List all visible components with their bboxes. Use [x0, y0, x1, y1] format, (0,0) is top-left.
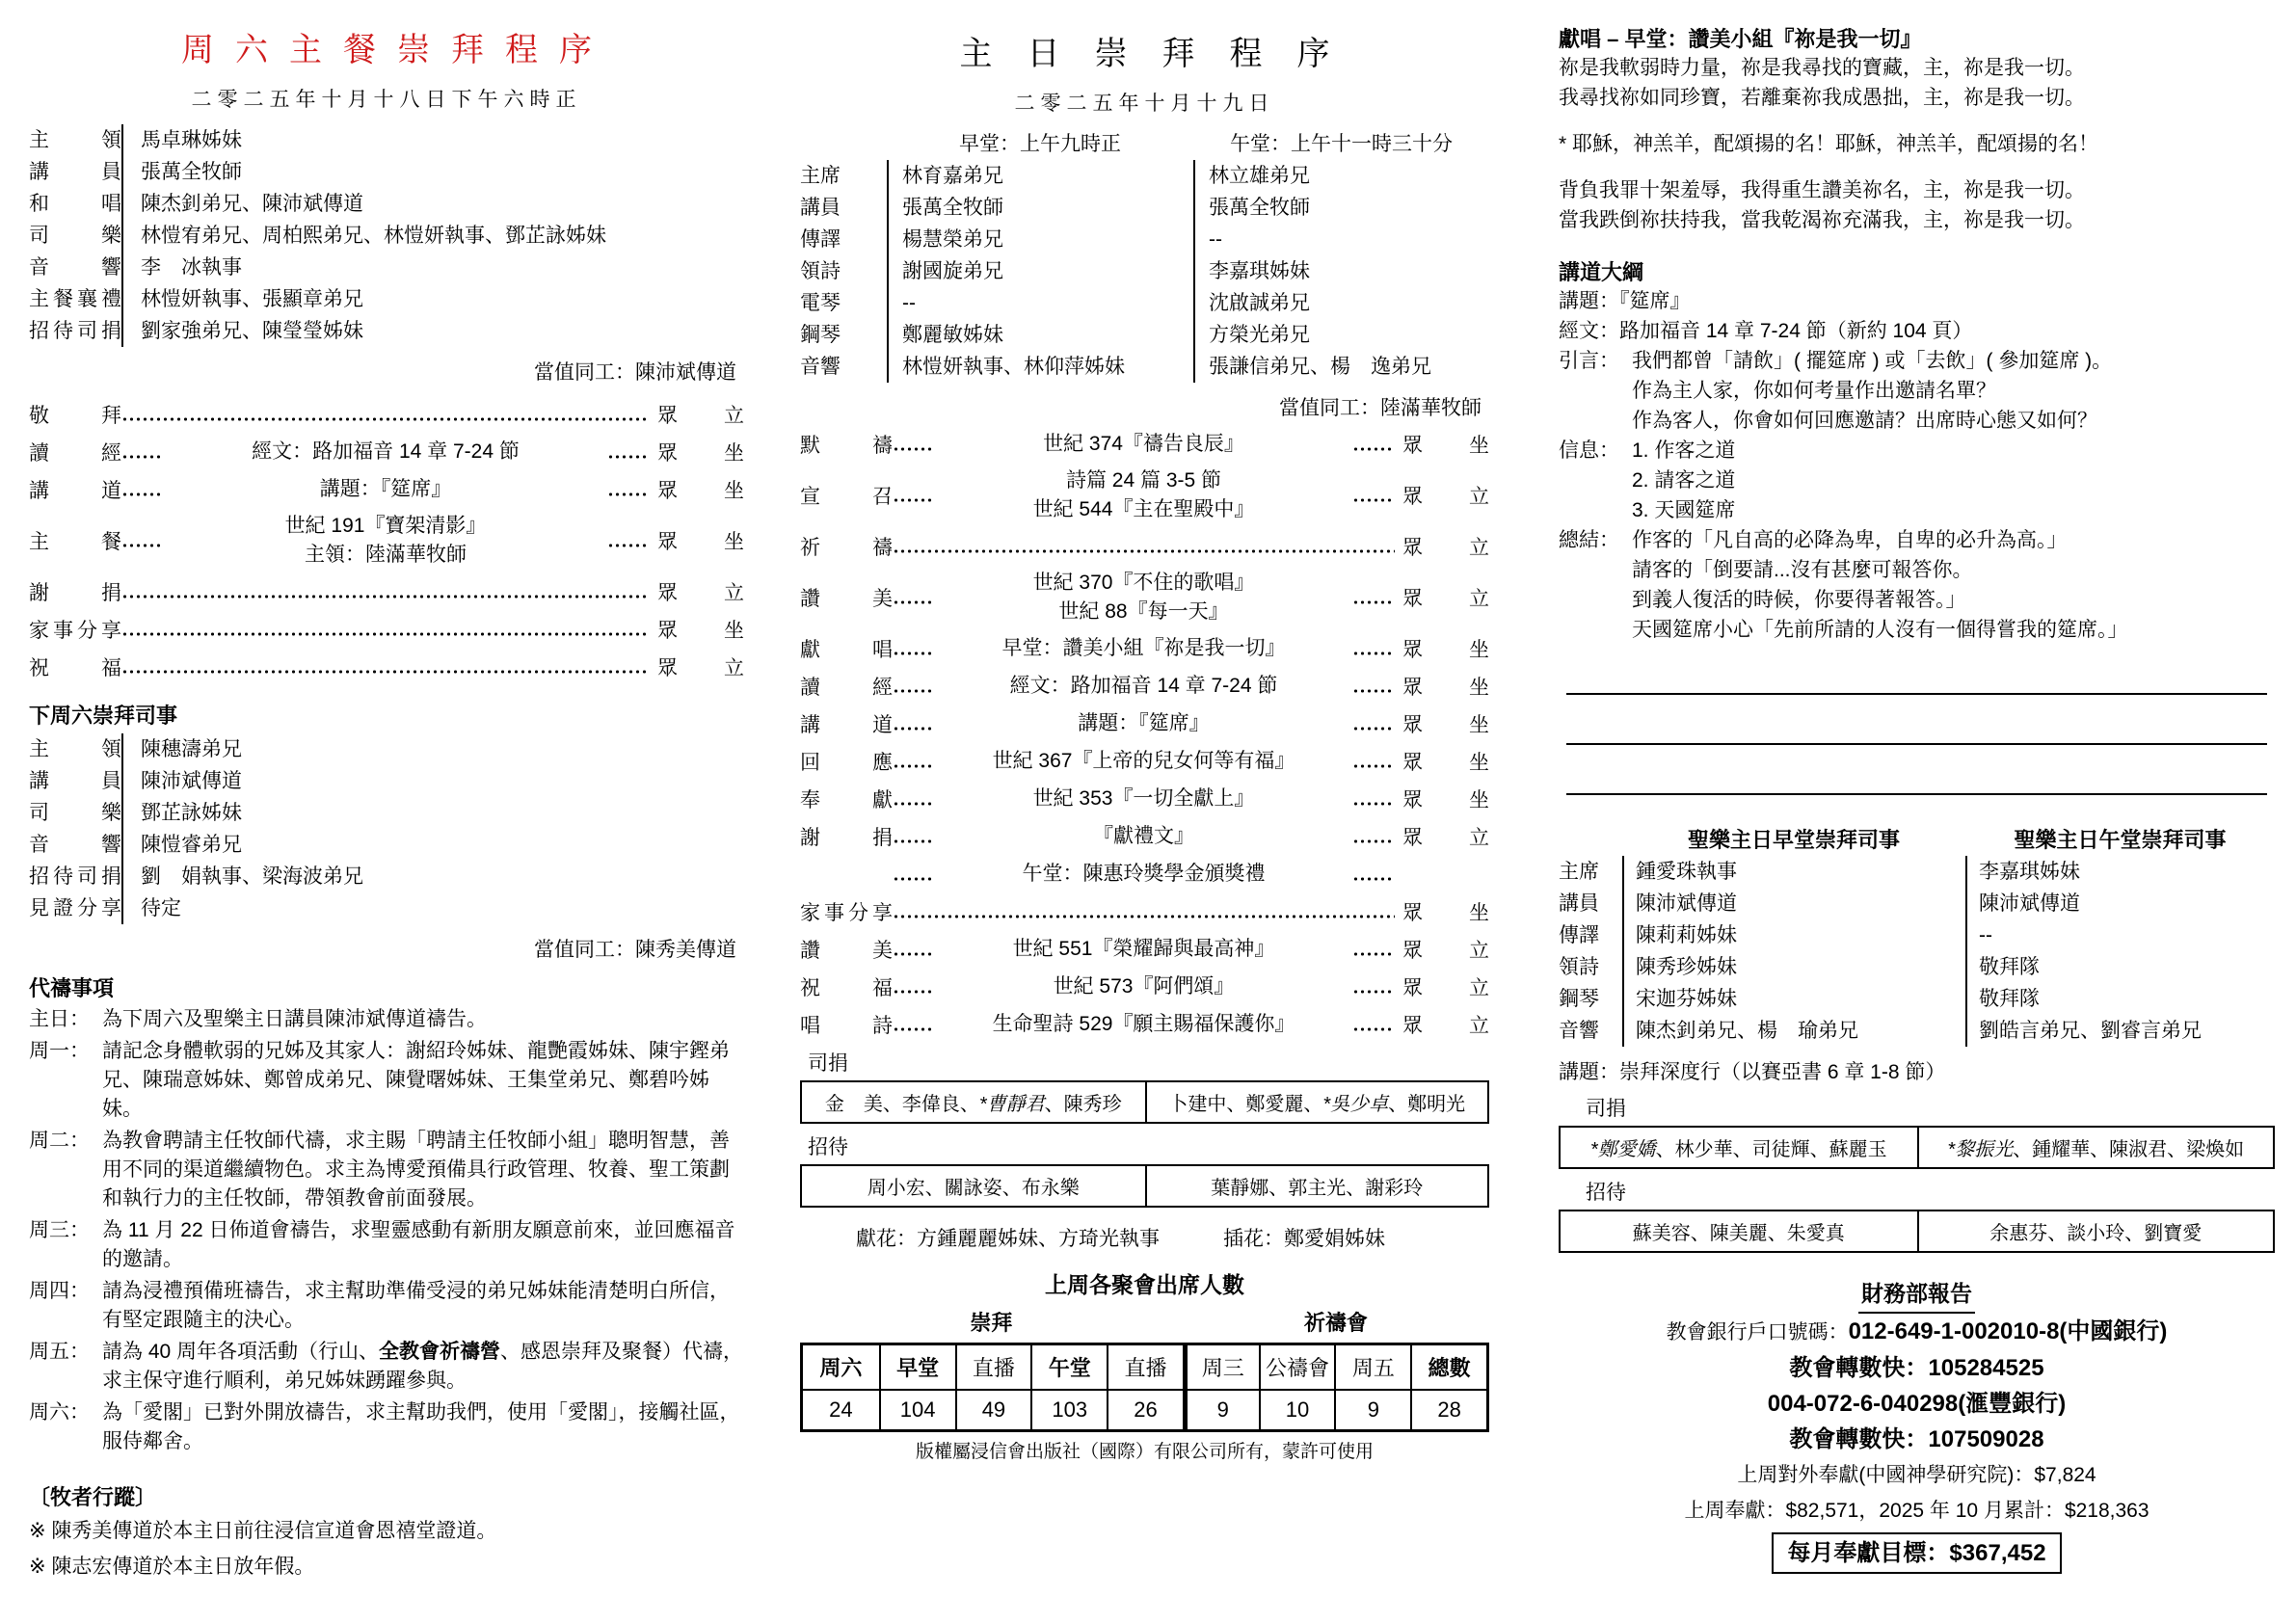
order-row: 宣召 詩篇 24 篇 3-5 節世紀 544『主在聖殿中』 眾立 — [800, 466, 1489, 524]
note-line — [1566, 743, 2267, 745]
order-row: 讚美 世紀 370『不住的歌唱』世紀 88『每一天』 眾立 — [800, 569, 1489, 626]
dotted-leader — [893, 686, 935, 696]
dotted-leader — [121, 490, 164, 499]
roster-label: 司樂 — [29, 797, 121, 829]
order-row: 祝福 眾立 — [29, 652, 744, 682]
attendance-title: 上周各聚會出席人數 — [800, 1267, 1489, 1299]
roster-row: 見證分享待定 — [29, 892, 744, 924]
attendance-header: 周三 — [1183, 1345, 1259, 1389]
roster-label: 主餐襄禮 — [29, 283, 121, 315]
prayer-items: 主日：為下周六及聖樂主日講員陳沛斌傳道禱告。 周一：請記念身體軟弱的兄姊及其家人… — [29, 1005, 744, 1456]
lyric-line: 我尋找祢如同珍寶，若離棄祢我成愚拙，主，祢是我一切。 — [1559, 83, 2275, 113]
sermon-message: 信息： 1. 作客之道 2. 請客之道 3. 天國筵席 — [1559, 436, 2275, 525]
dotted-leader — [893, 912, 1395, 921]
dotted-leader — [1352, 1024, 1395, 1034]
dotted-leader — [893, 444, 935, 454]
dotted-leader — [1352, 495, 1395, 505]
dotted-leader — [893, 949, 935, 959]
attendance-value: 9 — [1334, 1389, 1410, 1429]
attendance-value: 24 — [803, 1389, 879, 1429]
right-column: 獻唱 – 早堂：讚美小組『祢是我一切』 祢是我軟弱時力量，祢是我尋找的寶藏，主，… — [1559, 23, 2275, 1583]
order-row: 午堂：陳惠玲獎學金頒獎禮 — [800, 859, 1489, 890]
attendance-value: 26 — [1107, 1389, 1183, 1429]
roster-row: 主領馬卓琳姊妹 — [29, 124, 744, 156]
dotted-leader — [893, 546, 1395, 556]
order-row: 默禱 世紀 374『禱告良辰』 眾坐 — [800, 429, 1489, 460]
finance-line: 教會轉數快：105284525 — [1559, 1350, 2275, 1386]
posture: 眾坐 — [657, 475, 744, 504]
roster-value: 劉 娟執事、梁海波弟兄 — [121, 861, 744, 892]
roster-row: 鋼琴鄭麗敏姊妹方榮光弟兄 — [800, 319, 1489, 351]
table-cell: 卜建中、鄭愛麗、*吳少卓、鄭明光 — [1145, 1082, 1488, 1122]
dotted-leader — [1352, 837, 1395, 846]
saturday-order-of-service: 敬拜 眾立 讀經 經文：路加福音 14 章 7-24 節 眾坐 講道 講題：『筵… — [29, 399, 744, 682]
ushers-table: 周小宏、關詠姿、布永樂 葉靜娜、郭主光、謝彩玲 — [800, 1164, 1489, 1208]
order-label: 敬拜 — [29, 400, 121, 429]
roster-row: 主餐襄禮林愷妍執事、張顯章弟兄 — [29, 283, 744, 315]
roster-row: 傳譯陳莉莉姊妹-- — [1559, 919, 2275, 951]
next-saturday-roster: 主領陳穗濤弟兄 講員陳沛斌傳道 司樂鄧芷詠姊妹 音響陳愷睿弟兄 招待司捐劉 娟執… — [29, 733, 744, 924]
table-cell: 蘇美容、陳美麗、朱愛真 — [1561, 1211, 1917, 1251]
attendance-value: 9 — [1183, 1389, 1259, 1429]
roster-row: 招待司捐劉家強弟兄、陳瑩瑩姊妹 — [29, 315, 744, 347]
order-row: 敬拜 眾立 — [29, 399, 744, 430]
roster-row: 主領陳穗濤弟兄 — [29, 733, 744, 765]
finance-line: 教會轉數快：107509028 — [1559, 1422, 2275, 1457]
group-prayer: 祈禱會 — [1183, 1307, 1489, 1337]
order-row: 祝福 世紀 573『阿們頌』 眾立 — [800, 971, 1489, 1002]
early-session-header: 聖樂主日早堂崇拜司事 — [1622, 824, 1965, 856]
posture: 眾坐 — [657, 615, 744, 644]
order-row: 家事分享 眾坐 — [29, 614, 744, 645]
finance-line: 上周奉獻：$82,571，2025 年 10 月累計：$218,363 — [1559, 1493, 2275, 1529]
roster-value: 馬卓琳姊妹 — [121, 124, 744, 156]
dotted-leader — [1352, 799, 1395, 809]
dotted-leader — [121, 541, 164, 550]
saturday-date: 二零二五年十月十八日下午六時正 — [29, 84, 744, 113]
roster-value: 張萬全牧師 — [121, 156, 744, 188]
order-label: 謝捐 — [29, 577, 121, 606]
pastor-line: ※ 陳秀美傳道於本主日前往浸信宣道會恩禧堂證道。 — [29, 1515, 744, 1547]
roster-row: 招待司捐劉 娟執事、梁海波弟兄 — [29, 861, 744, 892]
order-content: 世紀 191『寶架清影』主領：陸滿華牧師 — [164, 512, 607, 570]
ushers-label: 招待 — [808, 1131, 1489, 1160]
roster-row: 講員陳沛斌傳道 — [29, 765, 744, 797]
roster-label: 和唱 — [29, 188, 121, 220]
sacred-music-headers: 聖樂主日早堂崇拜司事 聖樂主日午堂崇拜司事 — [1559, 824, 2275, 856]
order-row: 祈禱 眾立 — [800, 531, 1489, 562]
sacred-music-topic: 講題：崇拜深度行（以賽亞書 6 章 1-8 節） — [1559, 1056, 2275, 1085]
roster-row: 音響李 冰執事 — [29, 252, 744, 283]
table-cell: 葉靜娜、郭主光、謝彩玲 — [1145, 1166, 1488, 1206]
anthem-title: 獻唱 – 早堂：讚美小組『祢是我一切』 — [1559, 23, 2275, 53]
table-cell: 周小宏、關詠姿、布永樂 — [802, 1166, 1145, 1206]
pastors-whereabouts-header: 〔牧者行蹤〕 — [29, 1481, 744, 1511]
note-line — [1566, 793, 2267, 795]
order-row: 謝捐 眾立 — [29, 576, 744, 607]
sacred-music-roster: 主席鍾愛珠執事李嘉琪姊妹 講員陳沛斌傳道陳沛斌傳道 傳譯陳莉莉姊妹-- 領詩陳秀… — [1559, 856, 2275, 1047]
finance-line: 004-072-6-040298(滙豐銀行) — [1559, 1386, 2275, 1422]
dotted-leader — [893, 649, 935, 658]
prayer-items-header: 代禱事項 — [29, 972, 744, 1002]
roster-value: 鄧芷詠姊妹 — [121, 797, 744, 829]
pastors-whereabouts: ※ 陳秀美傳道於本主日前往浸信宣道會恩禧堂證道。 ※ 陳志宏傳道於本主日放年假。 — [29, 1515, 744, 1583]
order-row: 講道 講題：『筵席』 眾坐 — [800, 708, 1489, 739]
attendance-header: 早堂 — [879, 1345, 955, 1389]
roster-label: 講員 — [29, 765, 121, 797]
roster-row: 音響陳杰釗弟兄、楊 瑜弟兄劉皓言弟兄、劉睿言弟兄 — [1559, 1015, 2275, 1047]
dotted-leader — [1352, 444, 1395, 454]
prayer-item: 主日：為下周六及聖樂主日講員陳沛斌傳道禱告。 — [29, 1005, 744, 1034]
roster-value: 劉家強弟兄、陳瑩瑩姊妹 — [121, 315, 744, 347]
prayer-item: 周一：請記念身體軟弱的兄姊及其家人：謝紹玲姊妹、龍艷霞姊妹、陳宇鏗弟兄、陳瑞意姊… — [29, 1037, 744, 1124]
order-row: 讀經 經文：路加福音 14 章 7-24 節 眾坐 — [800, 671, 1489, 702]
posture: 眾立 — [657, 652, 744, 681]
roster-label: 音響 — [29, 829, 121, 861]
attendance-value: 104 — [879, 1389, 955, 1429]
sermon-topic: 講題：『筵席』 — [1559, 286, 2275, 316]
sunday-order-of-service: 默禱 世紀 374『禱告良辰』 眾坐 宣召 詩篇 24 篇 3-5 節世紀 54… — [800, 429, 1489, 1040]
sermon-outline-header: 講道大綱 — [1559, 256, 2275, 286]
roster-value: 陳杰釗弟兄、陳沛斌傳道 — [121, 188, 744, 220]
dotted-leader — [893, 799, 935, 809]
dotted-leader — [121, 592, 650, 601]
finance-title: 財務部報告 — [1858, 1276, 1975, 1314]
dotted-leader — [1352, 874, 1395, 884]
monthly-goal-box: 每月奉獻目標：$367,452 — [1772, 1532, 2061, 1574]
dotted-leader — [121, 667, 650, 677]
prayer-item: 周三：為 11 月 22 日佈道會禱告，求聖靈感動有新朋友願意前來，並回應福音的… — [29, 1216, 744, 1274]
saturday-service-column: 周六主餐崇拜程序 二零二五年十月十八日下午六時正 主領馬卓琳姊妹 講員張萬全牧師… — [29, 23, 744, 1583]
flower-arrangement: 插花：鄭愛娟姊妹 — [1223, 1223, 1385, 1252]
order-row: 獻唱 早堂：讚美小組『祢是我一切』 眾坐 — [800, 633, 1489, 664]
prayer-item: 周四：請為浸禮預備班禱告，求主幫助準備受浸的弟兄姊妹能清楚明白所信，有堅定跟隨主… — [29, 1277, 744, 1335]
dotted-leader — [1352, 686, 1395, 696]
attendance-table: 周六 早堂 直播 午堂 直播 周三 公禱會 周五 總數 24 104 49 10… — [800, 1343, 1489, 1432]
attendance-value: 103 — [1030, 1389, 1107, 1429]
order-row: 講道 講題：『筵席』 眾坐 — [29, 474, 744, 505]
copyright-line: 版權屬浸信會出版社（國際）有限公司所有，蒙許可使用 — [800, 1437, 1489, 1463]
dotted-leader — [893, 837, 935, 846]
dotted-leader — [893, 495, 935, 505]
dotted-leader — [893, 874, 935, 884]
flower-offering: 獻花：方鍾麗麗姊妹、方琦光執事 — [856, 1223, 1160, 1252]
roster-label: 主領 — [29, 733, 121, 765]
prayer-item: 周五：請為 40 周年各項活動（行山、全教會祈禱營、感恩崇拜及聚餐）代禱，求主保… — [29, 1338, 744, 1396]
roster-value: 林愷宥弟兄、周柏熙弟兄、林愷妍執事、鄧芷詠姊妹 — [121, 220, 744, 252]
order-row: 主餐 世紀 191『寶架清影』主領：陸滿華牧師 眾坐 — [29, 512, 744, 570]
roster-label: 見證分享 — [29, 892, 121, 924]
roster-row: 電琴--沈啟誠弟兄 — [800, 287, 1489, 319]
attendance-value: 28 — [1410, 1389, 1486, 1429]
dotted-leader — [121, 629, 650, 639]
duty-worker: 當值同工：陸滿華牧師 — [800, 392, 1482, 421]
roster-row: 司樂鄧芷詠姊妹 — [29, 797, 744, 829]
table-cell: 金 美、李偉良、*曹靜君、陳秀珍 — [802, 1082, 1145, 1122]
dotted-leader — [893, 724, 935, 733]
sermon-intro: 引言： 我們都曾「請飲」( 擺筵席 ) 或「去飲」( 參加筵席 )。 作為主人家… — [1559, 346, 2275, 436]
lyric-line: 背負我罪十架羞辱，我得重生讚美祢名，主，祢是我一切。 — [1559, 175, 2275, 205]
posture: 眾立 — [657, 400, 744, 429]
roster-row: 講員陳沛斌傳道陳沛斌傳道 — [1559, 888, 2275, 919]
sunday-date: 二零二五年十月十九日 — [800, 88, 1489, 117]
finance-report: 財務部報告 教會銀行戶口號碼：012-649-1-002010-8(中國銀行) … — [1559, 1276, 2275, 1574]
roster-value: 林愷妍執事、張顯章弟兄 — [121, 283, 744, 315]
offering-stewards-label: 司捐 — [808, 1048, 1489, 1077]
lyric-line: 當我跌倒祢扶持我，當我乾渴祢充滿我，主，祢是我一切。 — [1559, 205, 2275, 235]
sunday-service-column: 主日崇拜程序 二零二五年十月十九日 早堂：上午九時正 午堂：上午十一時三十分 主… — [800, 23, 1489, 1583]
dotted-leader — [893, 761, 935, 771]
duty-worker: 當值同工：陳沛斌傳道 — [29, 357, 736, 386]
roster-value: 陳穗濤弟兄 — [121, 733, 744, 765]
sermon-scripture: 經文：路加福音 14 章 7-24 節（新約 104 頁） — [1559, 316, 2275, 346]
bulletin-page: 周六主餐崇拜程序 二零二五年十月十八日下午六時正 主領馬卓琳姊妹 講員張萬全牧師… — [0, 0, 2296, 1583]
attendance-header: 直播 — [955, 1345, 1031, 1389]
roster-value: 陳愷睿弟兄 — [121, 829, 744, 861]
sunday-title: 主日崇拜程序 — [800, 27, 1524, 74]
roster-row: 音響林愷妍執事、林仰萍姊妹張謙信弟兄、楊 逸弟兄 — [800, 351, 1489, 383]
attendance-groups: 崇拜 祈禱會 — [800, 1307, 1489, 1337]
sunday-roster: 主席林育嘉弟兄林立雄弟兄 講員張萬全牧師張萬全牧師 傳譯楊慧榮弟兄-- 領詩謝國… — [800, 160, 1489, 383]
dotted-leader — [607, 452, 650, 462]
roster-label: 司樂 — [29, 220, 121, 252]
order-row: 唱詩 生命聖詩 529『願主賜福保護你』 眾立 — [800, 1009, 1489, 1040]
roster-value: 陳沛斌傳道 — [121, 765, 744, 797]
order-label: 祝福 — [29, 652, 121, 681]
dotted-leader — [893, 1024, 935, 1034]
roster-row: 主席鍾愛珠執事李嘉琪姊妹 — [1559, 856, 2275, 888]
noon-session-header: 聖樂主日午堂崇拜司事 — [1965, 824, 2275, 856]
roster-row: 領詩謝國旋弟兄李嘉琪姊妹 — [800, 255, 1489, 287]
early-session-time: 早堂：上午九時正 — [887, 128, 1193, 160]
dotted-leader — [893, 987, 935, 997]
attendance-header: 周五 — [1334, 1345, 1410, 1389]
dotted-leader — [1352, 761, 1395, 771]
order-label: 讀經 — [29, 438, 121, 466]
order-row: 家事分享 眾坐 — [800, 896, 1489, 927]
prayer-item: 周六：為「愛閣」已對外開放禱告，求主幫助我們，使用「愛閣」，接觸社區，服侍鄰舍。 — [29, 1398, 744, 1456]
noon-session-time: 午堂：上午十一時三十分 — [1193, 128, 1489, 160]
order-row: 讀經 經文：路加福音 14 章 7-24 節 眾坐 — [29, 437, 744, 467]
dotted-leader — [121, 452, 164, 462]
saturday-title: 周六主餐崇拜程序 — [29, 23, 765, 70]
lyric-line: 祢是我軟弱時力量，祢是我尋找的寶藏，主，祢是我一切。 — [1559, 53, 2275, 83]
dotted-leader — [1352, 649, 1395, 658]
roster-row: 講員張萬全牧師 — [29, 156, 744, 188]
order-content: 經文：路加福音 14 章 7-24 節 — [164, 438, 607, 466]
note-line — [1566, 693, 2267, 695]
saturday-roster: 主領馬卓琳姊妹 講員張萬全牧師 和唱陳杰釗弟兄、陳沛斌傳道 司樂林愷宥弟兄、周柏… — [29, 124, 744, 347]
roster-row: 主席林育嘉弟兄林立雄弟兄 — [800, 160, 1489, 192]
attendance-header: 總數 — [1410, 1345, 1486, 1389]
dotted-leader — [1352, 724, 1395, 733]
finance-line: 上周對外奉獻(中國神學研究院)：$7,824 — [1559, 1457, 2275, 1493]
duty-worker: 當值同工：陳秀美傳道 — [29, 934, 736, 963]
roster-row: 司樂林愷宥弟兄、周柏熙弟兄、林愷妍執事、鄧芷詠姊妹 — [29, 220, 744, 252]
prayer-item: 周二：為教會聘請主任牧師代禱，求主賜「聘請主任牧師小組」聰明智慧，善用不同的渠道… — [29, 1127, 744, 1213]
dotted-leader — [607, 541, 650, 550]
dotted-leader — [1352, 598, 1395, 607]
ushers-table: 蘇美容、陳美麗、朱愛真 余惠芬、談小玲、劉寶愛 — [1559, 1210, 2275, 1253]
next-saturday-header: 下周六崇拜司事 — [29, 700, 744, 730]
roster-label: 講員 — [29, 156, 121, 188]
dotted-leader — [121, 414, 650, 424]
group-worship: 崇拜 — [800, 1307, 1183, 1337]
order-content: 講題：『筵席』 — [164, 475, 607, 504]
ushers-label: 招待 — [1586, 1177, 2275, 1206]
dotted-leader — [893, 598, 935, 607]
posture: 眾立 — [657, 577, 744, 606]
order-label: 主餐 — [29, 526, 121, 555]
finance-line: 教會銀行戶口號碼：012-649-1-002010-8(中國銀行) — [1559, 1314, 2275, 1350]
posture: 眾坐 — [657, 438, 744, 466]
roster-label: 主領 — [29, 124, 121, 156]
dotted-leader — [1352, 949, 1395, 959]
order-row: 讚美 世紀 551『榮耀歸與最高神』 眾立 — [800, 934, 1489, 965]
pastor-line: ※ 陳志宏傳道於本主日放年假。 — [29, 1551, 744, 1583]
offering-stewards-table: *鄭愛嬌、林少華、司徒輝、蘇麗玉 *黎振光、鍾耀華、陳淑君、梁煥如 — [1559, 1126, 2275, 1169]
flowers-line: 獻花：方鍾麗麗姊妹、方琦光執事 插花：鄭愛娟姊妹 — [856, 1223, 1489, 1252]
offering-stewards-table: 金 美、李偉良、*曹靜君、陳秀珍 卜建中、鄭愛麗、*吳少卓、鄭明光 — [800, 1080, 1489, 1124]
order-label: 講道 — [29, 475, 121, 504]
order-row: 奉獻 世紀 353『一切全獻上』 眾坐 — [800, 784, 1489, 814]
roster-row: 領詩陳秀珍姊妹敬拜隊 — [1559, 951, 2275, 983]
roster-value: 李 冰執事 — [121, 252, 744, 283]
table-cell: *鄭愛嬌、林少華、司徒輝、蘇麗玉 — [1561, 1128, 1917, 1167]
dotted-leader — [607, 490, 650, 499]
order-row: 謝捐 『獻禮文』 眾立 — [800, 821, 1489, 852]
order-row: 回應 世紀 367『上帝的兒女何等有福』 眾坐 — [800, 746, 1489, 777]
roster-value: 待定 — [121, 892, 744, 924]
attendance-value: 10 — [1259, 1389, 1335, 1429]
attendance-value: 49 — [955, 1389, 1031, 1429]
roster-row: 鋼琴宋迦芬姊妹敬拜隊 — [1559, 983, 2275, 1015]
roster-label: 招待司捐 — [29, 861, 121, 892]
sermon-conclusion: 總結： 作客的「凡自高的必降為卑，自卑的必升為高。」 請客的「倒要請...沒有甚… — [1559, 525, 2275, 645]
table-cell: *黎振光、鍾耀華、陳淑君、梁煥如 — [1917, 1128, 2274, 1167]
roster-row: 傳譯楊慧榮弟兄-- — [800, 224, 1489, 255]
roster-row: 音響陳愷睿弟兄 — [29, 829, 744, 861]
roster-label: 音響 — [29, 252, 121, 283]
table-cell: 余惠芬、談小玲、劉寶愛 — [1917, 1211, 2274, 1251]
attendance-header: 公禱會 — [1259, 1345, 1335, 1389]
finance-goal: 每月奉獻目標：$367,452 — [1559, 1529, 2275, 1574]
roster-row: 和唱陳杰釗弟兄、陳沛斌傳道 — [29, 188, 744, 220]
roster-label: 招待司捐 — [29, 315, 121, 347]
offering-stewards-label: 司捐 — [1586, 1093, 2275, 1122]
dotted-leader — [1352, 987, 1395, 997]
lyric-chorus: * 耶穌，神羔羊，配頌揚的名！耶穌，神羔羊，配頌揚的名！ — [1559, 129, 2275, 159]
posture: 眾坐 — [657, 526, 744, 555]
attendance-header: 午堂 — [1030, 1345, 1107, 1389]
attendance-header: 直播 — [1107, 1345, 1183, 1389]
session-times: 早堂：上午九時正 午堂：上午十一時三十分 — [800, 128, 1489, 160]
roster-row: 講員張萬全牧師張萬全牧師 — [800, 192, 1489, 224]
order-label: 家事分享 — [29, 615, 121, 644]
attendance-header: 周六 — [803, 1345, 879, 1389]
